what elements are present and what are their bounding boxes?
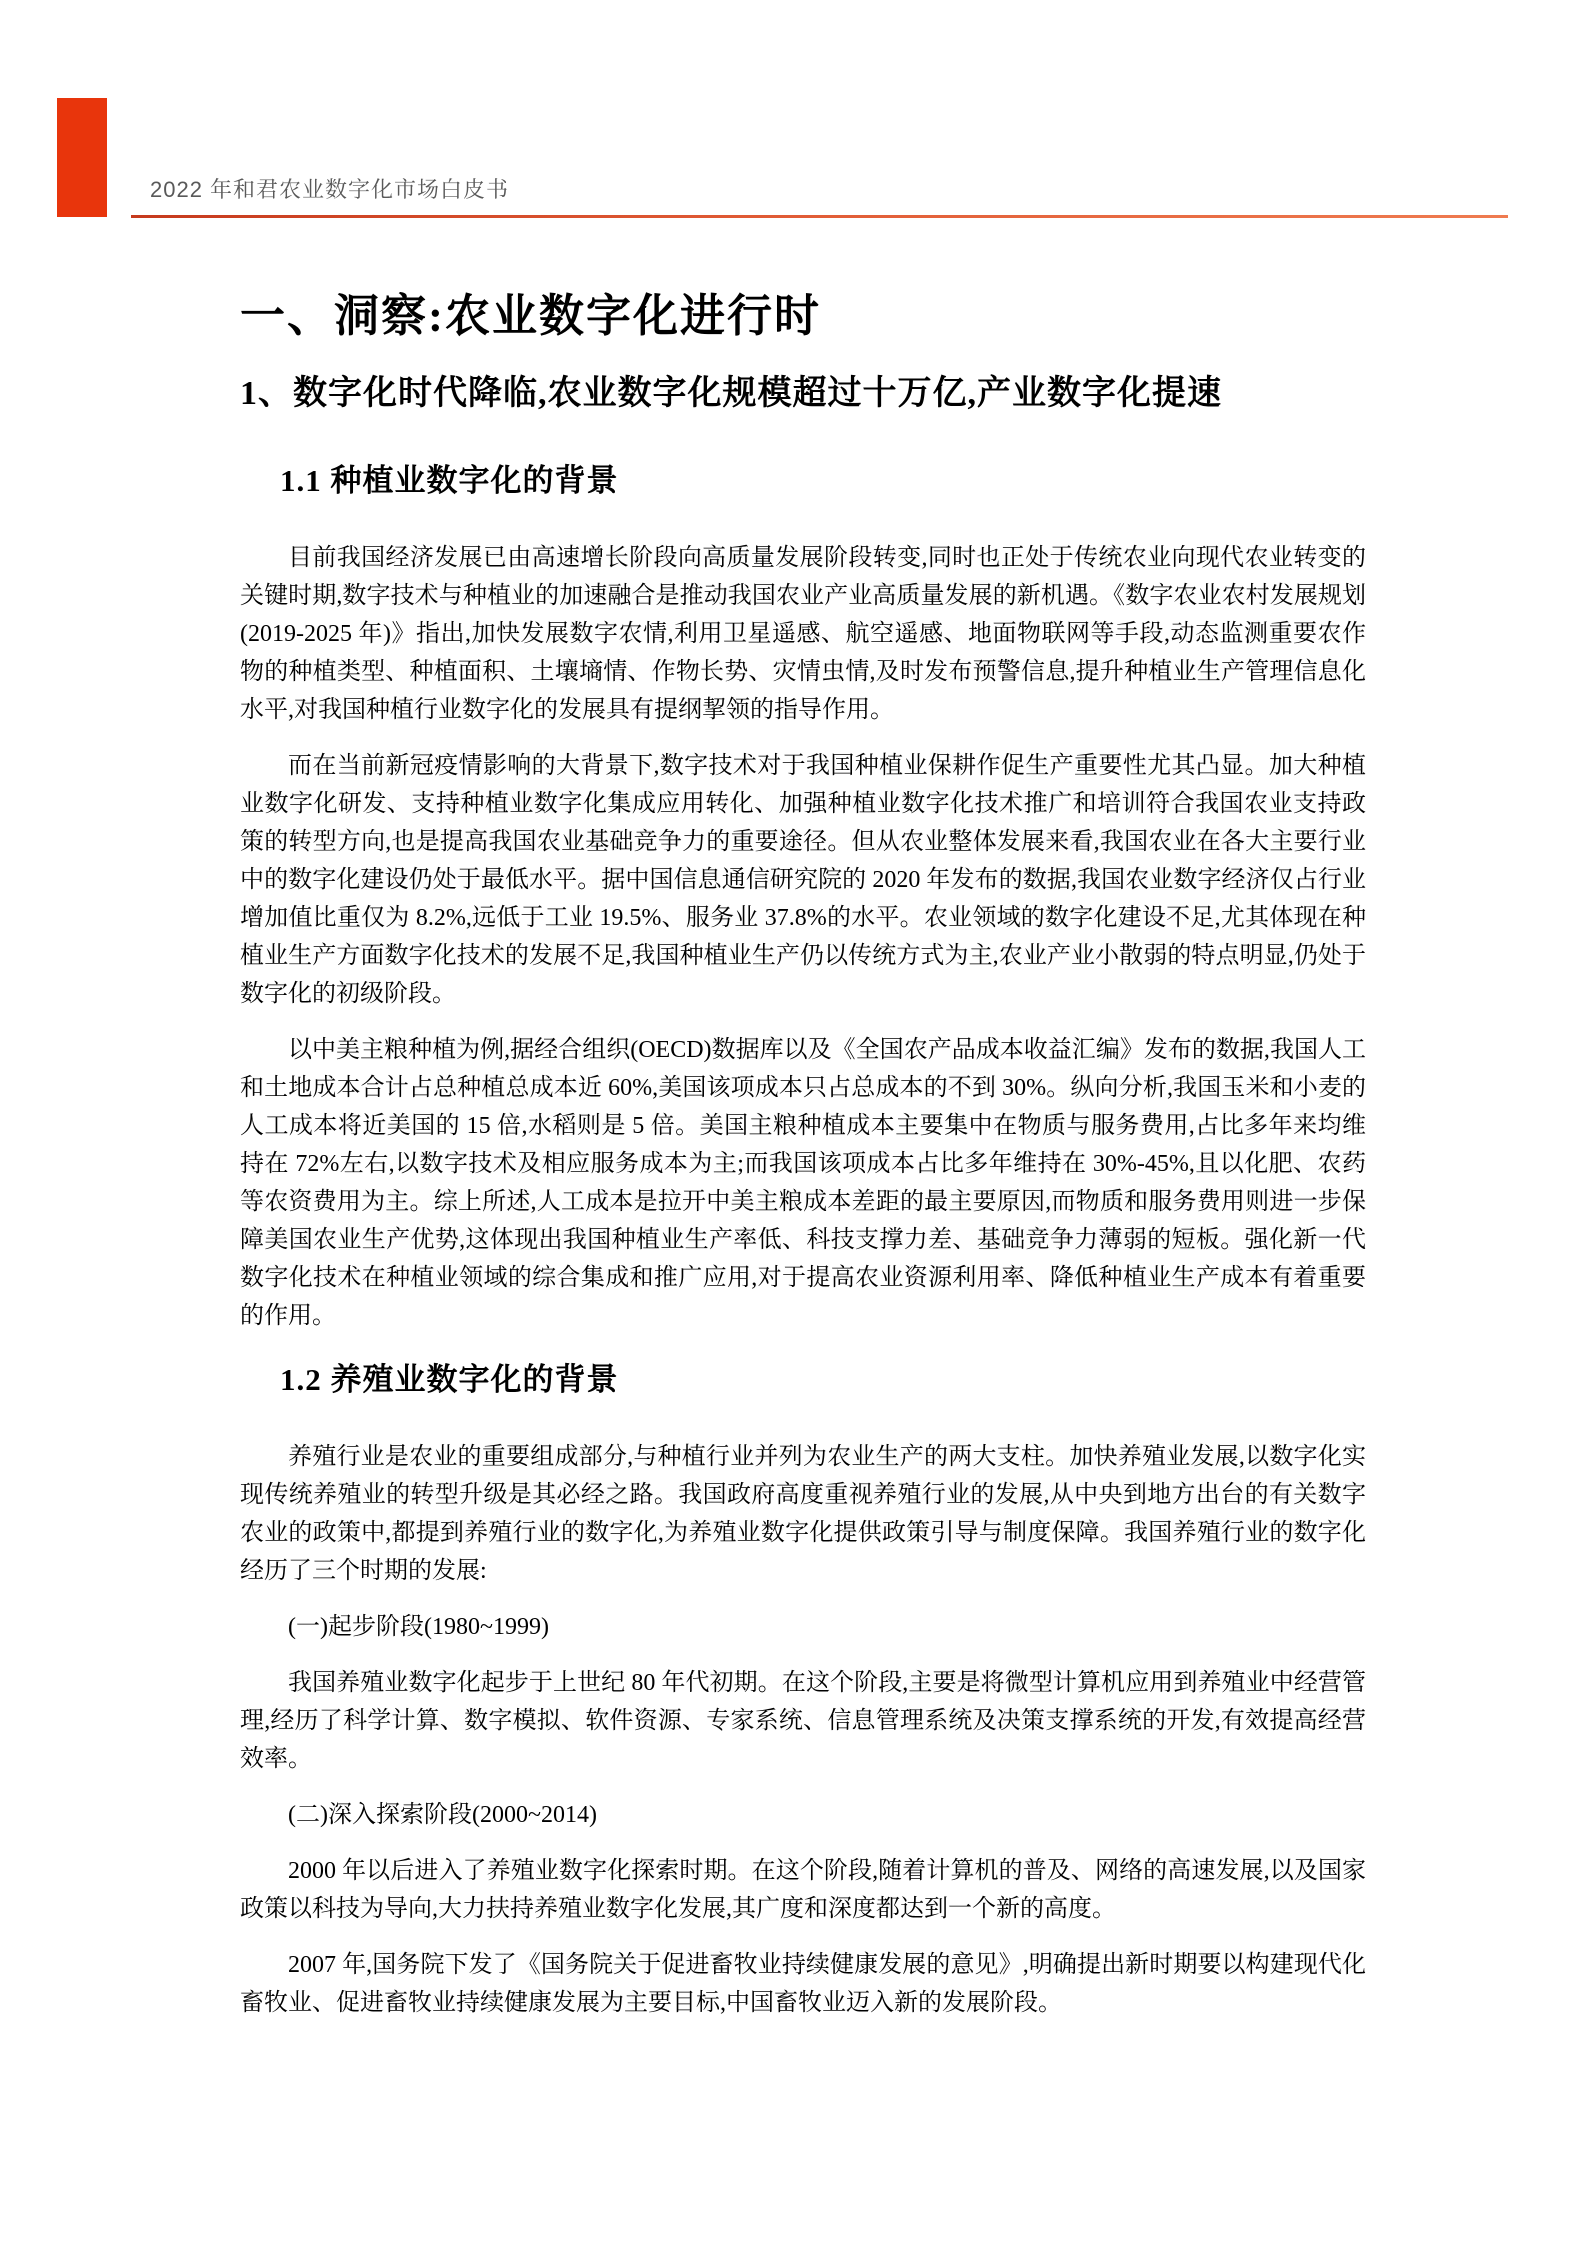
- stage-label-1: (一)起步阶段(1980~1999): [240, 1608, 1366, 1646]
- paragraph: 而在当前新冠疫情影响的大背景下,数字技术对于我国种植业保耕作促生产重要性尤其凸显…: [240, 747, 1366, 1013]
- document-page: 2022 年和君农业数字化市场白皮书 一、洞察:农业数字化进行时 1、数字化时代…: [0, 0, 1586, 2245]
- subsection-heading-1-1: 1.1 种植业数字化的背景: [280, 464, 1366, 497]
- paragraph: 我国养殖业数字化起步于上世纪 80 年代初期。在这个阶段,主要是将微型计算机应用…: [240, 1664, 1366, 1778]
- header-divider-rule: [131, 215, 1508, 218]
- brand-red-square: [57, 98, 107, 217]
- paragraph: 2007 年,国务院下发了《国务院关于促进畜牧业持续健康发展的意见》,明确提出新…: [240, 1946, 1366, 2022]
- running-header-title: 2022 年和君农业数字化市场白皮书: [150, 176, 509, 204]
- paragraph: 目前我国经济发展已由高速增长阶段向高质量发展阶段转变,同时也正处于传统农业向现代…: [240, 539, 1366, 729]
- paragraph: 以中美主粮种植为例,据经合组织(OECD)数据库以及《全国农产品成本收益汇编》发…: [240, 1031, 1366, 1335]
- paragraph: 养殖行业是农业的重要组成部分,与种植行业并列为农业生产的两大支柱。加快养殖业发展…: [240, 1438, 1366, 1590]
- article-body: 一、洞察:农业数字化进行时 1、数字化时代降临,农业数字化规模超过十万亿,产业数…: [240, 292, 1366, 2040]
- chapter-heading: 一、洞察:农业数字化进行时: [240, 292, 1366, 340]
- stage-label-2: (二)深入探索阶段(2000~2014): [240, 1796, 1366, 1834]
- paragraph: 2000 年以后进入了养殖业数字化探索时期。在这个阶段,随着计算机的普及、网络的…: [240, 1852, 1366, 1928]
- subsection-heading-1-2: 1.2 养殖业数字化的背景: [280, 1363, 1366, 1396]
- section-heading-1: 1、数字化时代降临,农业数字化规模超过十万亿,产业数字化提速: [240, 376, 1366, 412]
